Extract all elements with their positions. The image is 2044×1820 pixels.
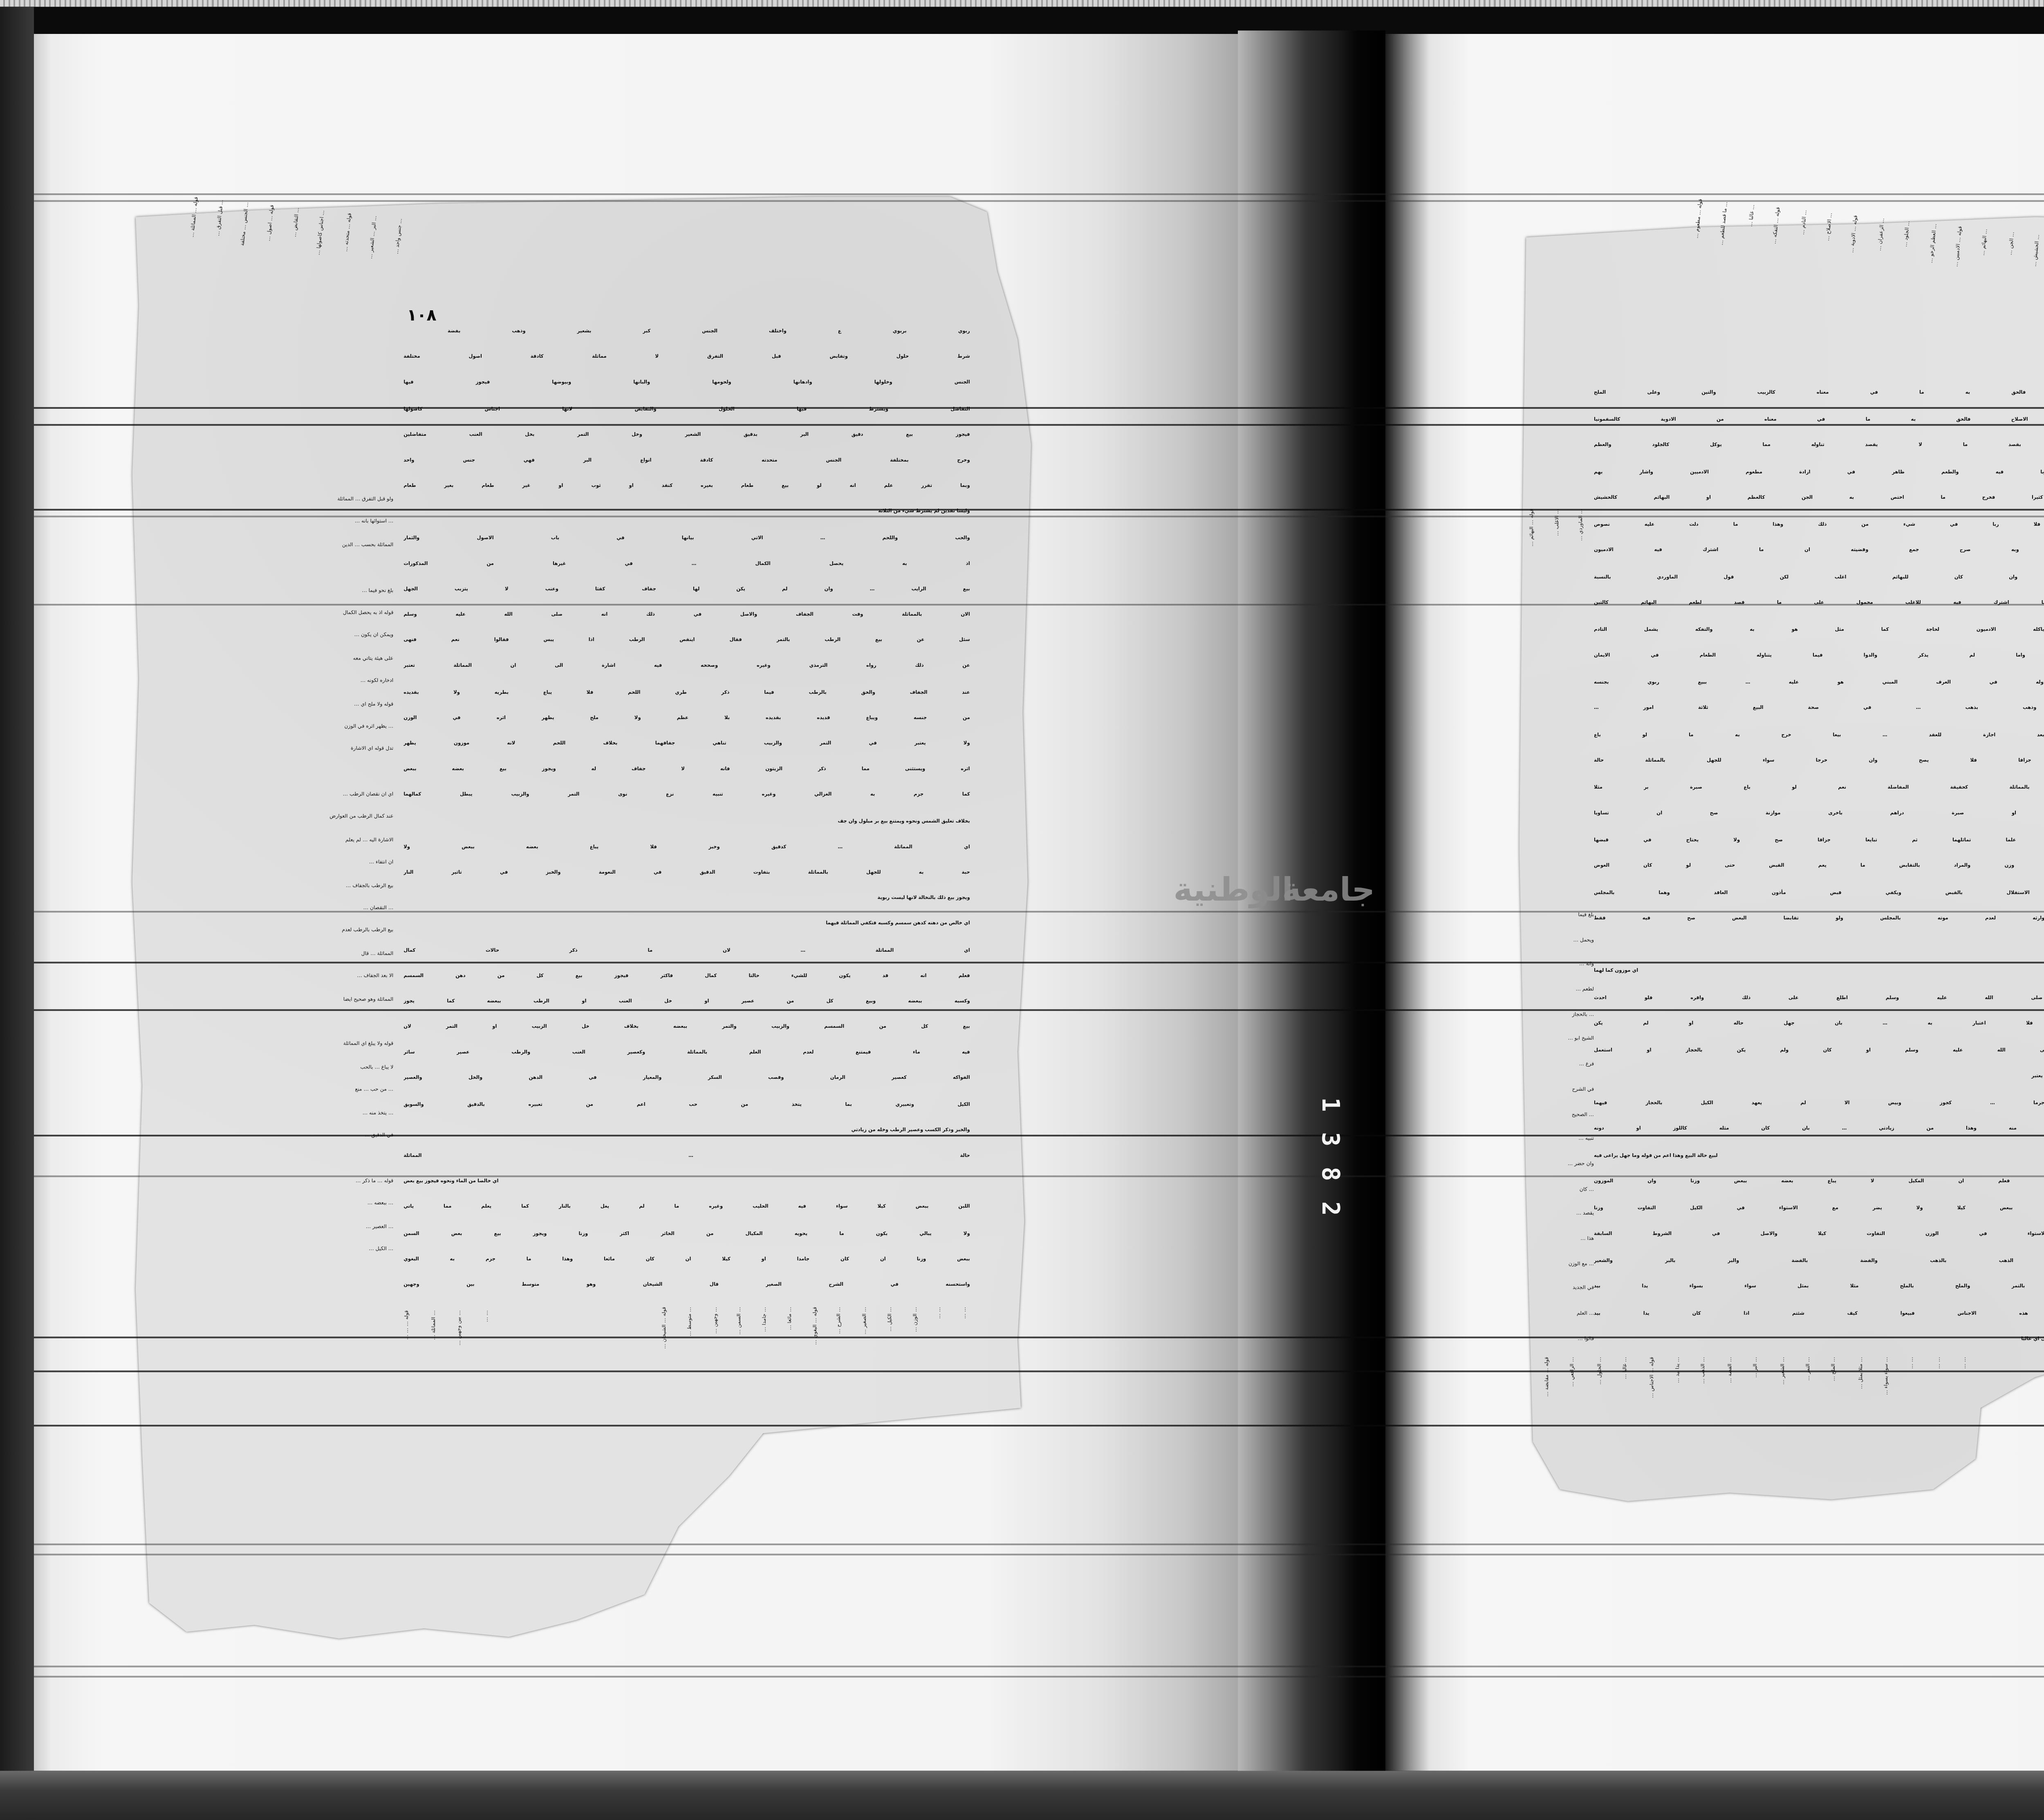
margin-note-line: … يظهر اثره في الوزن [142,716,393,739]
margin-note-line: قوله … … … [393,1309,419,1623]
right-bottom-notes-block: قوله … مقابضة …… الرافعي …… الحلول …… غا… [1535,1357,1979,1489]
margin-note-line: … النقصان … [142,897,393,920]
text-line: الفواكه كعصير الرمان وقصب السكر والمعيار… [403,1066,970,1092]
margin-note-line: … السمن … [726,1306,751,1484]
margin-note-line: المماثلة وهو صحيح ايضا [142,988,393,1011]
margin-note-line: … متوسط … [676,1306,701,1484]
margin-note-line: المماثلة بحسب … الدين [142,534,393,557]
text-line: التفاضل ويشترط فيها الحلول والتقابض لانه… [403,396,970,422]
margin-note-line: يقصد … [1520,1201,1594,1226]
text-line: وبما تقرر علم انه لو بيع طعام بغيره كنقد… [403,473,970,499]
margin-note-line: … … [1926,1357,1952,1489]
margin-note-line: … الشرح … [827,1306,852,1484]
margin-note-line [142,761,393,784]
text-line: سئل عن بيع الرطب بالتمر فقال اينقص الرطب… [403,628,970,654]
text-line: الشافعي واصحابه وبه صرح جمع وقضيته ان ما… [1594,538,2044,564]
text-line: ربوي بربوي ع واختلف الجنس كبر بشعير وذهب… [403,319,970,345]
margin-note-line: … العصير … [142,1215,393,1238]
margin-note-line: … غالبا … [1613,1357,1639,1489]
text-line: اي المماثلة … لان ما ذكر حالات كمال [403,937,970,963]
margin-note-line: … استوائها بانه … [142,511,393,534]
margin-note-line: ادخاره لكونه … [142,670,393,693]
text-line: اي المماثلة … كدقيق وخبز فلا يباع بعضه ب… [403,834,970,860]
film-scratch-line [34,604,2044,605]
margin-note-line: … الصحيح [1520,1102,1594,1127]
text-line: كبر ببر وذهب بذهب … في صحة البيع ثلاثة ا… [1594,695,2044,722]
margin-note-line: … … [952,1306,977,1484]
text-line: والبهائم ربوي وان كان للبهائم اغلب لكن ق… [1594,564,2044,590]
text-line: ببعض وزنا ان كان جامدا او كيلا ان كان ما… [403,1246,970,1272]
margin-note-line: قوله … البهائم … [1520,509,1544,729]
text-line: الجنس وخلولها وادهانها ولحومها والبانها … [403,370,970,396]
text-line: وليسا نقدين لم يشترط شيء من الثلاثة [403,499,970,525]
text-line: الكيل والوزن فيه سواء او لم يستعملا فيه … [1594,1063,2044,1089]
left-bottom-notes-a-block: قوله … … …… المماثلة …… بين وجهين …… … [393,1309,498,1623]
margin-note-line: … التمر … [1795,1357,1822,1489]
text-line: والتحلي بحلوى واما لم يذكر والدوا فيما ي… [1594,643,2044,669]
margin-note-line: عند كمال الرطب من العوارض [142,807,393,829]
margin-note-line: وانه … [1520,952,1594,977]
margin-note-line: قوله … الشيخان … [651,1306,676,1484]
text-line: عن ذلك رواه الترمذي وغيره وصححه فيه اشار… [403,654,970,679]
margin-note-line: … كان [1520,1177,1594,1201]
text-line: الناس خلافه فلا اعتبار به … بان جهل حاله… [1594,1011,2044,1037]
right-bottom-margin-notes: قوله … مقابضة …… الرافعي …… الحلول …… غا… [1535,1357,1979,1489]
text-line: البيع والجهل بالمماثلة كحقيقة المفاضلة ن… [1594,774,2044,800]
film-scratch-line [34,1425,2044,1426]
text-line: بخلاف تعليق الشمس ونحوه ويمتنع بيع بر مب… [403,808,970,834]
film-scratch-line [34,193,2044,195]
margin-note-line: قوله ولا ملح اي … [142,693,393,716]
left-bottom-notes-b: قوله … الشيخان …… متوسط …… وجهين …… السم… [651,1306,977,1484]
margin-note-line: ولو قبل التفرق … المماثلة [142,489,393,511]
margin-note-line: في الشرح [1520,1077,1594,1102]
margin-note-line: … سواء بسواء … [1874,1357,1900,1489]
margin-note-line: فرع … [1520,1052,1594,1077]
margin-note-line: … من حب … منع [142,1079,393,1102]
text-line: بالشعير والتمر بالتمر والملح بالملح مثلا… [1594,1274,2044,1300]
text-line: ويجوز بيع ذلك بالنخالة لانها ليست ربوية [403,885,970,911]
margin-note-line: … الذهب … [1691,1357,1717,1489]
text-line: الى كيل ولا وزن والمراد بالتقابض ما يعم … [1594,853,2044,879]
text-line: ربويا بجنسه جزافا فلا يصح وان خرجا سواء … [1594,748,2044,774]
text-line: والمقصود منه الاصلاح فالحق به ما في معنا… [1594,406,2044,433]
text-line: فيه البهائم كثيرا فخرج ما اختص به الجن ك… [1594,485,2044,511]
text-line: خبر مسلم الذهب بالذهب والفضة بالفضة والب… [1594,1248,2044,1274]
microfilm-frame: ١٠٨ ربوي بربوي ع واختلف الجنس كبر بشعير … [0,0,2044,1820]
left-page-main-text: ربوي بربوي ع واختلف الجنس كبر بشعير وذهب… [403,319,970,1298]
text-line: واستحسنه في الشرح الصغير قال الشيخان وهو… [403,1272,970,1298]
film-scratch-line [34,1665,2044,1667]
right-inner-vertical-block: قوله … البهائم …… الاغلب …… الماوردي … [1520,509,1594,729]
text-line: لا يباع بعضه ببعض كيلا ولا يضر مع الاستو… [1594,1195,2044,1221]
text-line: لبيع حالة البيع وهذا اعم من قوله وما جهل… [1594,1142,2044,1168]
margin-note-line: … البر … [1744,1357,1770,1489]
text-line: حبة به للجهل بالمماثلة بتفاوت الدقيق في … [403,860,970,885]
margin-note-line: في الجديد [1520,1276,1594,1301]
film-scratch-line [34,407,2044,409]
text-line: اذ به يحصل الكمال … في غيرها من المذكورا… [403,551,970,576]
text-line: لهذه الحكم فيما اشترك فيه للاغلب محمول ع… [1594,590,2044,616]
margin-note-line: هذا … [1520,1226,1594,1251]
margin-note-line: … الصغير … [852,1306,876,1484]
film-scratch-line [34,1676,2044,1677]
text-line: اي مقابضة قال الرافعي ومن لازمه الحلول ا… [1594,1327,2044,1353]
film-scratch-line [34,1175,2044,1177]
margin-note-line: قوله … البغوي … [801,1306,826,1484]
margin-note-line: تنبيه … [1520,1127,1594,1152]
right-page-main-text: التعكى والتادم فالحق به ما في معناه كالز… [1594,380,2044,1353]
margin-note-line: اي ان نقصان الرطب … [142,784,393,807]
film-scratch-line [34,1336,2044,1338]
film-scratch-line [34,200,2044,202]
margin-note-line: … العلم [1520,1301,1594,1326]
margin-note-line: لطعم … [1520,977,1594,1002]
text-line: معينا كفى الاستقلال بالقبض ويكفي قبض مأذ… [1594,879,2044,906]
text-line: رطب فقد ياكله الادميون لحاجة كما مثل هو … [1594,616,2044,643]
text-line: بيع كل من السمسم والزبيب والتمر ببعضه بخ… [403,1014,970,1040]
margin-note-line: بلغ نحو فيما … [142,579,393,602]
margin-note-line: … الوزن … [901,1306,926,1484]
margin-note-line: ان انتفاء … [142,852,393,875]
margin-note-line [142,1011,393,1034]
film-frame-number: 1382 [1316,1097,1343,1236]
margin-note-line: … المماثلة … [420,1309,446,1623]
film-scratch-line [34,1554,2044,1556]
text-line: وكذا قبض وارثه لعدم موته بالمجلس ولو تقا… [1594,906,2044,932]
margin-note-line: قوله … الاجناس … [1639,1357,1665,1489]
margin-note-line: … الرافعي … [1561,1357,1587,1489]
margin-note-line [142,557,393,580]
text-line: فيه ماء فيمتنع لعدم العلم بالمماثلة وكعص… [403,1040,970,1066]
margin-note-line: … الملح … [1822,1357,1848,1489]
text-line: اي خالص من دهنه كدهن سمسم وكسبه فتكفي ال… [403,911,970,937]
margin-note-line: … الماوردي … [1569,509,1594,729]
text-line: ولا مع الاستواء في الوزن التفاوت كيلا وا… [1594,1221,2044,1247]
text-line: فيجوز بيع دقيق البر بدقيق الشعير وخل الت… [403,422,970,448]
margin-note-line: … مثلا بمثل … [1848,1357,1874,1489]
film-scratch-line [34,1370,2044,1372]
text-line: حالة … المماثلة [403,1143,970,1169]
text-line: كما جزم به الغزالي وغيره تنبيه نزع نوى ا… [403,782,970,808]
margin-note-line: … مع الوزن [1520,1251,1594,1276]
text-line: والا فلا او علما تماثلهما ثم تبايعا جزاف… [1594,827,2044,853]
margin-note-line: … الكيل … [876,1306,901,1484]
margin-note-line: … الاغلب … [1544,509,1569,729]
right-top-notes-block: قوله … مطعوم …… ما قصد للطعم …… غالبا …ق… [1672,198,2044,406]
margin-note-line: بيع الرطب بالجفاف … [142,874,393,897]
margin-note-line: … الفضة … [1717,1357,1744,1489]
text-line: اللبن ببعض كيلا سواء فيه الحليب وغيره ما… [403,1195,970,1221]
left-bottom-notes-b-block: قوله … الشيخان …… متوسط …… وجهين …… السم… [651,1306,977,1484]
text-line: والزعفران وخرج بقصد ما لا يقصد تناوله مم… [1594,433,2044,459]
margin-note-line: … الكيل … [142,1238,393,1261]
margin-note-line: … … [1900,1357,1926,1489]
margin-note-line: … مائعا … [776,1306,801,1484]
margin-note-line: … ببعضه … [142,1192,393,1215]
microfilm-viewport: ١٠٨ ربوي بربوي ع واختلف الجنس كبر بشعير … [0,0,2044,1820]
text-line: والخبز وذكر الكسب وعصير الرطب وخله من زي… [403,1117,970,1143]
margin-note-line: وان حضر … [1520,1152,1594,1177]
margin-note-line: … … [472,1309,498,1623]
margin-note-line: الاشارة اليه … لم يعلم [142,829,393,852]
margin-note-line: … … [927,1306,952,1484]
text-line: اي خالصا من الماء ونحوه فيجوز بيع بعض [403,1169,970,1195]
film-scratch-line [34,509,2044,511]
text-line: من جنسه ويباع قديده بقديده بلا عظم ولا م… [403,705,970,731]
film-scratch-line [34,516,2044,517]
film-scratch-line [34,1544,2044,1545]
text-line: شرط حلول وتقابض قبل التفرق لا مماثلة كاد… [403,345,970,370]
text-line: وتعتبر المماثلة [1594,932,2044,958]
text-line: بيع الرايب … وان لم يكن لها جفاف كقثا وع… [403,576,970,602]
text-line: الرخو فلا ربا فيه والطعم ظاهر في ارادة م… [1594,459,2044,485]
left-top-margin-notes: قوله … المماثلة …… قبل التفرق …… الجنس …… [170,207,400,475]
margin-note-line: بيع الرطب بالرطب لعدم [142,920,393,943]
film-scratch-line [34,911,2044,912]
film-scratch-line [34,1135,2044,1136]
margin-note-line: على هيئة يتاتي معه [142,648,393,670]
text-line: لانه لا يتناوله في العرف المبني هو عليه … [1594,669,2044,695]
margin-note-line: الشيخ ابو … [1520,1027,1594,1052]
text-line: فاذا اختلفت هذه الاجناس فبيعوا كيف شئتم … [1594,1300,2044,1326]
text-line: هو اكبر جرما منه وهذا من زيادتي … بان كا… [1594,1116,2044,1142]
text-line: الان بالمماثلة وقت الجفاف والاصل في ذلك … [403,602,970,628]
margin-note-line: تدل قوله اي الاشارة [142,738,393,761]
margin-note-line: قوله … مقابضة … [1535,1357,1561,1489]
text-line: الكيل وتعبيري بما يتخذ من حب اعم من تعبي… [403,1092,970,1117]
watermark-word-right: جامعة [1282,872,1375,909]
text-line: فعلم انه قد يكون للشيء حالتا كمال فاكثر … [403,963,970,988]
margin-note-line: الا بعد الجفاف … [142,966,393,988]
text-line: باخرى مكايلة او صبرة دراهم باخرى موازنة … [1594,800,2044,827]
text-line: والحب واللحم … الاتي بيانها في باب الاصو… [403,525,970,551]
margin-note-line: … يدا بيد … [1665,1357,1691,1489]
text-line: اثره ويستثنى مما ذكر الزيتون فانه لا جفا… [403,757,970,782]
margin-note-line: … جامدا … [751,1306,776,1484]
margin-note-line: بلغ فيما [1520,902,1594,927]
margin-note-line [142,1147,393,1170]
film-scratch-line [34,424,2044,426]
margin-note-line: قوله … ما ذكر … [142,1170,393,1193]
text-line: في عهده صلى الله عليه وسلم او كان ولم يك… [1594,1037,2044,1063]
right-inner-margin-notes-vertical: قوله … البهائم …… الاغلب …… الماوردي … [1520,509,1594,729]
text-line: عند الجفاف والحق بالرطب فيما ذكر طري الل… [403,679,970,705]
margin-note-line: … الشعير … [1770,1357,1796,1489]
margin-note-line: ويحمل … [1520,927,1594,952]
left-top-notes-block: قوله … المماثلة …… قبل التفرق …… الجنس …… [156,195,414,486]
film-scratch-line [34,962,2044,964]
film-scratch-line [34,1009,2044,1011]
text-line: وخرج بمختلفة الجنس متحدته كادقة انواع ال… [403,448,970,473]
margin-note-line: … … [1952,1357,1978,1489]
margin-note-line: ويمكن ان يكون … [142,625,393,648]
margin-note-line: لا يباع … بالحب [142,1056,393,1079]
right-top-margin-notes: قوله … مطعوم …… ما قصد للطعم …… غالبا …ق… [1679,220,2044,383]
right-inner-margin-notes: بلغ فيماويحمل …وانه …لطعم …… بالحجازالشي… [1520,902,1594,1351]
margin-note-line: … الحلول … [1587,1357,1613,1489]
text-line: … ولو بعد اجازة للعقد … بيعا خرج به ما ل… [1594,722,2044,748]
text-line: عادة بلد البيع فعلم ان المكيل لا يباع بع… [1594,1169,2044,1195]
margin-note-line: قوله ولا يبلغ اي المماثلة [142,1033,393,1056]
margin-note-line: قالوا … [1520,1326,1594,1351]
text-line: ولا يبالي بكون ما يحويه المكيال من الخاث… [403,1221,970,1246]
text-line: المبيع … جرما … كجوز وبيض الا لم يعهد ال… [1594,1090,2044,1116]
text-line: لظهور انه صلى الله عليه وسلم اطلع على ذل… [1594,985,2044,1011]
watermark-word-left: الوطنية [1173,872,1293,909]
margin-note-line: … وجهين … [701,1306,726,1484]
text-line: ولا يعتبر في التمر والزبيب تناهي جفافهما… [403,731,970,757]
left-bottom-notes-a: قوله … … …… المماثلة …… بين وجهين …… … [393,1309,498,1623]
margin-note-line: … يتخذ منه … [142,1102,393,1125]
margin-note-line: … بالحجاز [1520,1002,1594,1027]
margin-note-line: … بين وجهين … [446,1309,472,1623]
